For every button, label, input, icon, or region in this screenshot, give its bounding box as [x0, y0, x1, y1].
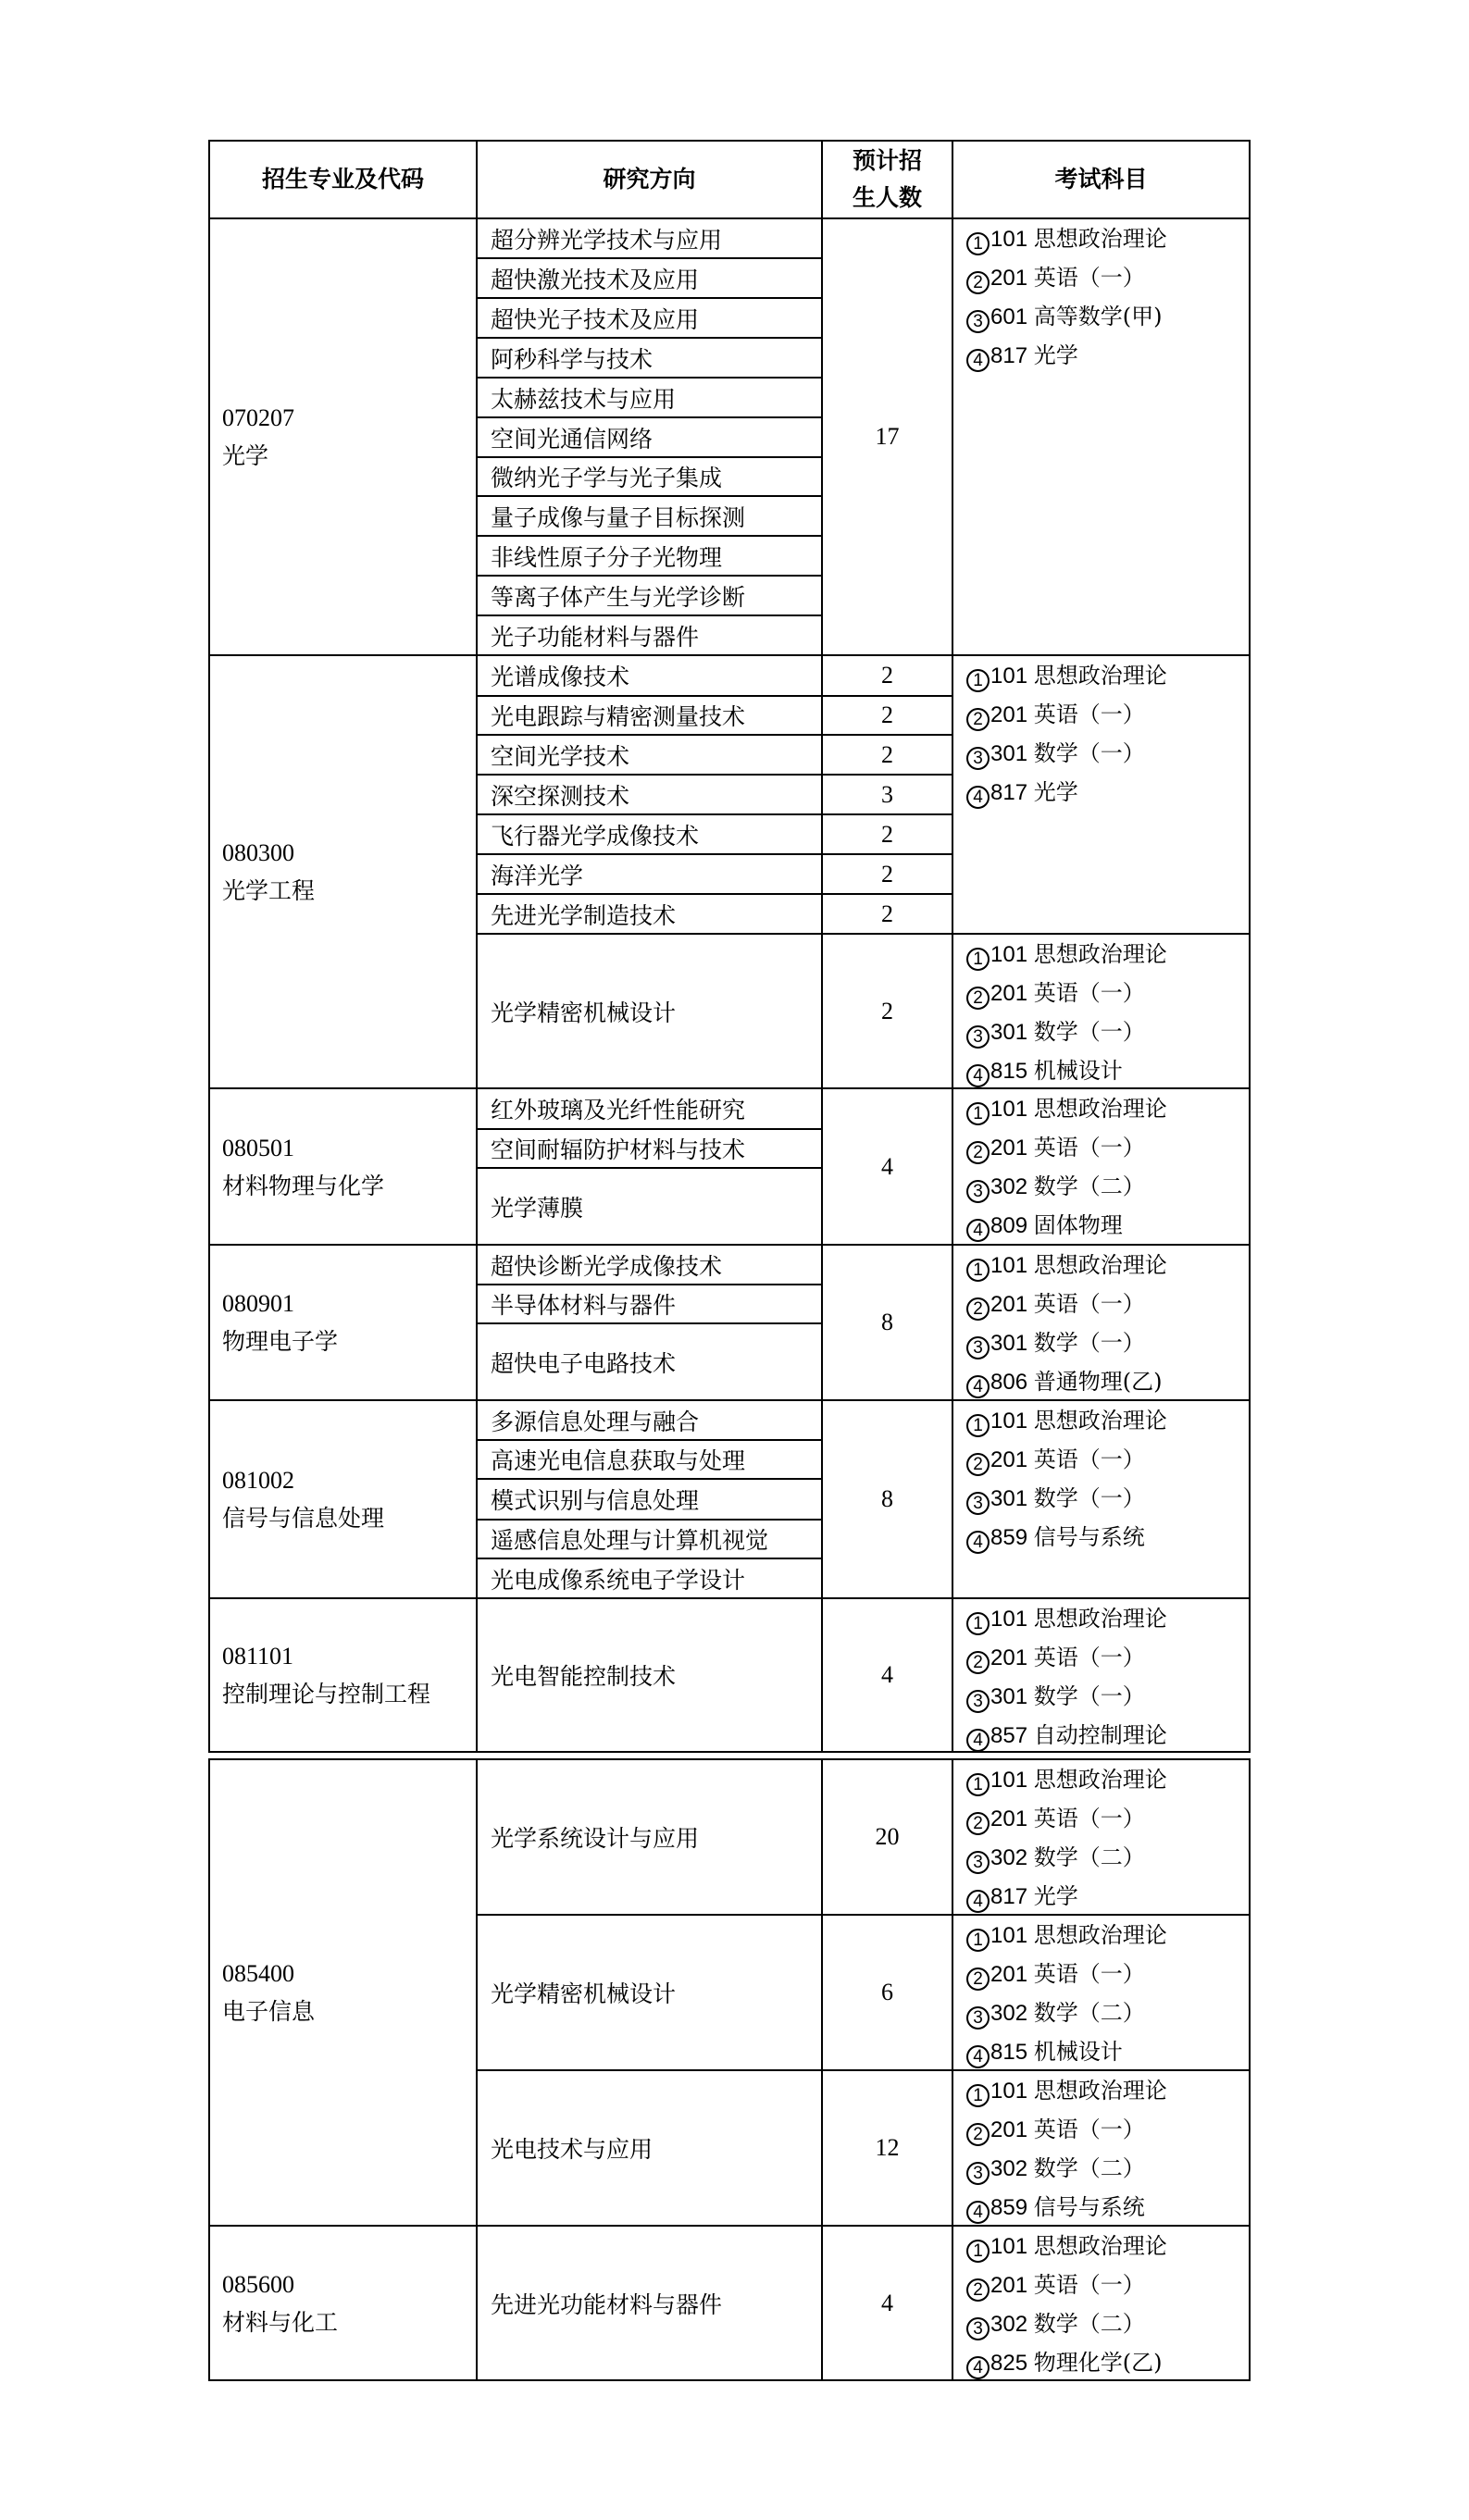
exam-subject: 4817 光学 [966, 336, 1249, 375]
research-direction-label: 光电技术与应用 [491, 2131, 653, 2165]
exam-subject: 2201 英语（一） [966, 1440, 1249, 1479]
enrollment-count-cell: 2 [821, 853, 953, 895]
circled-number-icon: 3 [966, 2162, 990, 2185]
exam-subject: 3301 数学（一） [966, 734, 1249, 773]
header-count-line2: 生人数 [853, 180, 922, 217]
circled-number-icon: 4 [966, 1219, 990, 1242]
circled-number-icon: 3 [966, 310, 990, 333]
exam-subject-code: 201 [990, 1136, 1034, 1161]
exam-subject: 4806 普通物理(乙) [966, 1362, 1249, 1401]
exam-subject-code: 101 [990, 1253, 1034, 1278]
research-direction-label: 光学精密机械设计 [491, 995, 676, 1028]
research-direction-cell: 超快光子技术及应用 [476, 297, 823, 339]
exam-subject-name: 思想政治理论 [1034, 941, 1167, 967]
research-direction-label: 光电成像系统电子学设计 [491, 1562, 745, 1595]
enrollment-count: 4 [881, 1153, 893, 1181]
major-cell: 070207光学 [208, 217, 478, 656]
exam-subject: 4859 信号与系统 [966, 1518, 1249, 1557]
exam-subject-name: 英语（一） [1034, 265, 1145, 291]
header-count: 预计招 生人数 [821, 140, 953, 219]
enrollment-count-cell: 4 [821, 1087, 953, 1246]
major-name: 物理电子学 [222, 1322, 476, 1360]
circled-number-icon: 2 [966, 1141, 990, 1164]
exam-subject: 2201 英语（一） [966, 258, 1249, 297]
exam-subject-name: 数学（一） [1034, 1485, 1145, 1511]
exam-subject: 2201 英语（一） [966, 1128, 1249, 1167]
research-direction-cell: 太赫兹技术与应用 [476, 377, 823, 418]
exam-subject-name: 数学（一） [1034, 1330, 1145, 1356]
header-direction: 研究方向 [476, 140, 823, 219]
enrollment-count: 20 [876, 1823, 900, 1851]
exam-subject: 4859 信号与系统 [966, 2188, 1249, 2227]
exam-subjects-cell: 1101 思想政治理论2201 英语（一）3302 数学（二）4815 机械设计 [952, 1914, 1251, 2071]
circled-number-icon: 4 [966, 1375, 990, 1398]
research-direction-label: 量子成像与量子目标探测 [491, 500, 745, 533]
exam-subject-code: 302 [990, 1174, 1034, 1199]
exam-subject-name: 高等数学(甲) [1034, 304, 1163, 329]
research-direction-cell: 海洋光学 [476, 853, 823, 895]
circled-number-icon: 2 [966, 271, 990, 294]
exam-subject-code: 301 [990, 1684, 1034, 1709]
exam-subject: 1101 思想政治理论 [966, 1246, 1249, 1285]
exam-subject-name: 英语（一） [1034, 1645, 1145, 1670]
exam-subject-name: 英语（一） [1034, 980, 1145, 1006]
exam-subject-name: 数学（一） [1034, 1019, 1145, 1045]
circled-number-icon: 3 [966, 1492, 990, 1515]
exam-subject-code: 201 [990, 981, 1034, 1006]
exam-subject-code: 817 [990, 780, 1034, 805]
circled-number-icon: 1 [966, 232, 990, 255]
research-direction-cell: 光子功能材料与器件 [476, 614, 823, 656]
circled-number-icon: 3 [966, 1180, 990, 1203]
exam-subject: 2201 英语（一） [966, 2266, 1249, 2304]
exam-subject-code: 201 [990, 2117, 1034, 2142]
exam-subject: 2201 英语（一） [966, 1799, 1249, 1838]
circled-number-icon: 4 [966, 2045, 990, 2068]
header-exam: 考试科目 [952, 140, 1251, 219]
exam-subject-name: 思想政治理论 [1034, 1408, 1167, 1434]
exam-subject-name: 机械设计 [1034, 1058, 1123, 1084]
exam-subject-code: 101 [990, 2079, 1034, 2104]
circled-number-icon: 1 [966, 669, 990, 692]
exam-subject-code: 101 [990, 942, 1034, 967]
exam-subject: 1101 思想政治理论 [966, 219, 1249, 258]
exam-subject: 4809 固体物理 [966, 1206, 1249, 1245]
research-direction-cell: 光电技术与应用 [476, 2069, 823, 2227]
exam-subject: 1101 思想政治理论 [966, 2227, 1249, 2266]
exam-subject-code: 809 [990, 1213, 1034, 1238]
major-cell: 081101控制理论与控制工程 [208, 1597, 478, 1753]
major-code: 085600 [222, 2266, 476, 2303]
exam-subject: 1101 思想政治理论 [966, 1089, 1249, 1128]
major-code: 080501 [222, 1129, 476, 1167]
research-direction-label: 超快光子技术及应用 [491, 302, 699, 335]
exam-subject-code: 201 [990, 1962, 1034, 1987]
circled-number-icon: 4 [966, 1064, 990, 1087]
exam-subject-name: 英语（一） [1034, 701, 1145, 727]
exam-subject: 2201 英语（一） [966, 1638, 1249, 1677]
circled-number-icon: 3 [966, 1336, 990, 1359]
exam-subject-code: 101 [990, 1607, 1034, 1632]
circled-number-icon: 1 [966, 1929, 990, 1952]
exam-subject-code: 201 [990, 1806, 1034, 1831]
exam-subjects-cell: 1101 思想政治理论2201 英语（一）3301 数学（一）4806 普通物理… [952, 1244, 1251, 1401]
circled-number-icon: 2 [966, 2278, 990, 2302]
exam-subject-name: 光学 [1034, 1883, 1078, 1909]
enrollment-count-cell: 20 [821, 1758, 953, 1916]
enrollment-count-cell: 2 [821, 933, 953, 1089]
research-direction-cell: 空间光学技术 [476, 734, 823, 776]
major-code: 081101 [222, 1637, 476, 1675]
circled-number-icon: 2 [966, 1297, 990, 1321]
exam-subject: 2201 英语（一） [966, 2110, 1249, 2149]
exam-subjects-cell: 1101 思想政治理论2201 英语（一）3302 数学（二）4859 信号与系… [952, 2069, 1251, 2227]
research-direction-label: 遥感信息处理与计算机视觉 [491, 1522, 768, 1556]
circled-number-icon: 3 [966, 2006, 990, 2030]
exam-subject: 2201 英语（一） [966, 974, 1249, 1012]
exam-subject: 3302 数学（二） [966, 2149, 1249, 2188]
exam-subject: 2201 英语（一） [966, 695, 1249, 734]
circled-number-icon: 4 [966, 786, 990, 809]
exam-subjects-cell: 1101 思想政治理论2201 英语（一）3302 数学（二）4817 光学 [952, 1758, 1251, 1916]
exam-subject-code: 815 [990, 2040, 1034, 2065]
exam-subject-name: 信号与系统 [1034, 2194, 1145, 2220]
enrollment-count: 2 [881, 861, 893, 888]
exam-subject-name: 数学（二） [1034, 2155, 1145, 2181]
exam-subject: 2201 英语（一） [966, 1955, 1249, 1993]
enrollment-count-cell: 2 [821, 893, 953, 935]
circled-number-icon: 1 [966, 1773, 990, 1796]
research-direction-cell: 光电成像系统电子学设计 [476, 1558, 823, 1599]
research-direction-label: 等离子体产生与光学诊断 [491, 579, 745, 613]
exam-subject-name: 英语（一） [1034, 1961, 1145, 1987]
exam-subject-name: 思想政治理论 [1034, 1096, 1167, 1122]
exam-subject-name: 信号与系统 [1034, 1524, 1145, 1550]
research-direction-cell: 空间耐辐防护材料与技术 [476, 1128, 823, 1169]
circled-number-icon: 1 [966, 948, 990, 971]
exam-subject-code: 817 [990, 1884, 1034, 1909]
exam-subject-name: 光学 [1034, 342, 1078, 368]
major-name: 光学工程 [222, 872, 476, 910]
enrollment-count: 2 [881, 821, 893, 849]
major-cell: 080901物理电子学 [208, 1244, 478, 1401]
research-direction-label: 超快诊断光学成像技术 [491, 1248, 722, 1282]
exam-subjects-cell: 1101 思想政治理论2201 英语（一）3601 高等数学(甲)4817 光学 [952, 217, 1251, 656]
circled-number-icon: 2 [966, 1651, 990, 1674]
research-direction-cell: 高速光电信息获取与处理 [476, 1439, 823, 1480]
research-direction-cell: 红外玻璃及光纤性能研究 [476, 1087, 823, 1130]
enrollment-count-cell: 8 [821, 1244, 953, 1401]
research-direction-label: 光电跟踪与精密测量技术 [491, 699, 745, 732]
exam-subject-code: 101 [990, 227, 1034, 252]
circled-number-icon: 3 [966, 2317, 990, 2340]
research-direction-cell: 量子成像与量子目标探测 [476, 495, 823, 537]
exam-subject-name: 思想政治理论 [1034, 226, 1167, 252]
research-direction-label: 模式识别与信息处理 [491, 1483, 699, 1516]
circled-number-icon: 2 [966, 708, 990, 731]
research-direction-label: 超快激光技术及应用 [491, 262, 699, 295]
research-direction-label: 先进光功能材料与器件 [491, 2287, 722, 2320]
research-direction-label: 先进光学制造技术 [491, 898, 676, 931]
exam-subject-code: 101 [990, 1097, 1034, 1122]
exam-subject-name: 英语（一） [1034, 1446, 1145, 1472]
research-direction-label: 光学薄膜 [491, 1190, 583, 1223]
circled-number-icon: 1 [966, 1612, 990, 1635]
exam-subject-code: 201 [990, 1447, 1034, 1472]
exam-subject: 2201 英语（一） [966, 1285, 1249, 1323]
exam-subject: 4817 光学 [966, 1877, 1249, 1916]
exam-subject-code: 857 [990, 1723, 1034, 1748]
circled-number-icon: 4 [966, 1890, 990, 1913]
major-code: 080901 [222, 1285, 476, 1322]
header-direction-label: 研究方向 [603, 161, 695, 198]
research-direction-cell: 光学薄膜 [476, 1167, 823, 1246]
research-direction-label: 飞行器光学成像技术 [491, 818, 699, 851]
major-name: 信号与信息处理 [222, 1499, 476, 1537]
exam-subject-name: 数学（二） [1034, 2000, 1145, 2026]
exam-subject: 4857 自动控制理论 [966, 1716, 1249, 1755]
circled-number-icon: 2 [966, 2123, 990, 2146]
exam-subject: 1101 思想政治理论 [966, 1916, 1249, 1955]
exam-subject-code: 101 [990, 1409, 1034, 1434]
exam-subject: 4815 机械设计 [966, 1051, 1249, 1090]
exam-subject-name: 普通物理(乙) [1034, 1369, 1163, 1395]
enrollment-count-cell: 12 [821, 2069, 953, 2227]
research-direction-cell: 超分辨光学技术与应用 [476, 217, 823, 259]
exam-subject: 3302 数学（二） [966, 1838, 1249, 1877]
enrollment-count-cell: 3 [821, 774, 953, 815]
exam-subject: 3301 数学（一） [966, 1479, 1249, 1518]
exam-subject-name: 英语（一） [1034, 1135, 1145, 1161]
enrollment-count-cell: 2 [821, 734, 953, 776]
exam-subject-code: 859 [990, 1525, 1034, 1550]
major-cell: 080300光学工程 [208, 654, 478, 1089]
exam-subject-name: 思想政治理论 [1034, 1767, 1167, 1793]
exam-subject-code: 101 [990, 664, 1034, 689]
exam-subject-code: 825 [990, 2351, 1034, 2376]
exam-subject-name: 英语（一） [1034, 2117, 1145, 2142]
research-direction-cell: 深空探测技术 [476, 774, 823, 815]
header-count-line1: 预计招 [853, 143, 922, 180]
exam-subject-code: 201 [990, 702, 1034, 727]
exam-subject-name: 思想政治理论 [1034, 663, 1167, 689]
exam-subject-code: 101 [990, 1768, 1034, 1793]
enrollment-count-cell: 2 [821, 654, 953, 697]
enrollment-count: 4 [881, 2290, 893, 2317]
exam-subject-code: 302 [990, 2001, 1034, 2026]
circled-number-icon: 4 [966, 2201, 990, 2224]
enrollment-count-cell: 6 [821, 1914, 953, 2071]
major-cell: 085400电子信息 [208, 1758, 478, 2227]
research-direction-label: 光子功能材料与器件 [491, 619, 699, 652]
circled-number-icon: 3 [966, 747, 990, 770]
circled-number-icon: 4 [966, 1729, 990, 1752]
circled-number-icon: 4 [966, 2356, 990, 2379]
exam-subject-name: 思想政治理论 [1034, 2078, 1167, 2104]
exam-subject: 1101 思想政治理论 [966, 2071, 1249, 2110]
exam-subject: 1101 思想政治理论 [966, 1599, 1249, 1638]
exam-subject-code: 859 [990, 2195, 1034, 2220]
research-direction-label: 微纳光子学与光子集成 [491, 460, 722, 493]
exam-subject: 4825 物理化学(乙) [966, 2343, 1249, 2382]
exam-subject-code: 201 [990, 266, 1034, 291]
enrollment-count: 3 [881, 781, 893, 809]
exam-subject-name: 思想政治理论 [1034, 1606, 1167, 1632]
enrollment-count: 4 [881, 1661, 893, 1689]
research-direction-cell: 先进光功能材料与器件 [476, 2225, 823, 2381]
research-direction-label: 深空探测技术 [491, 778, 629, 812]
research-direction-label: 光谱成像技术 [491, 659, 629, 692]
enrollment-count: 2 [881, 701, 893, 729]
research-direction-cell: 等离子体产生与光学诊断 [476, 575, 823, 616]
exam-subject-name: 固体物理 [1034, 1212, 1123, 1238]
circled-number-icon: 1 [966, 2240, 990, 2263]
exam-subject: 3301 数学（一） [966, 1323, 1249, 1362]
research-direction-label: 光电智能控制技术 [491, 1658, 676, 1692]
major-code: 080300 [222, 834, 476, 872]
major-code: 085400 [222, 1955, 476, 1992]
circled-number-icon: 2 [966, 987, 990, 1010]
exam-subject-code: 301 [990, 741, 1034, 766]
exam-subject-code: 101 [990, 1923, 1034, 1948]
exam-subjects-cell: 1101 思想政治理论2201 英语（一）3301 数学（一）4859 信号与系… [952, 1399, 1251, 1599]
major-cell: 085600材料与化工 [208, 2225, 478, 2381]
research-direction-cell: 光电智能控制技术 [476, 1597, 823, 1753]
exam-subject-name: 数学（一） [1034, 740, 1145, 766]
exam-subject-name: 光学 [1034, 779, 1078, 805]
exam-subject-code: 302 [990, 2312, 1034, 2337]
enrollment-count: 2 [881, 900, 893, 928]
circled-number-icon: 4 [966, 349, 990, 372]
enrollment-count: 8 [881, 1485, 893, 1513]
enrollment-count: 2 [881, 662, 893, 689]
exam-subject-name: 思想政治理论 [1034, 1252, 1167, 1278]
exam-subject: 1101 思想政治理论 [966, 935, 1249, 974]
major-name: 材料与化工 [222, 2303, 476, 2341]
exam-subject-code: 201 [990, 2273, 1034, 2298]
research-direction-label: 光学系统设计与应用 [491, 1820, 699, 1854]
major-name: 控制理论与控制工程 [222, 1675, 476, 1713]
exam-subject-code: 301 [990, 1331, 1034, 1356]
exam-subject-name: 数学（一） [1034, 1683, 1145, 1709]
enrollment-count-cell: 8 [821, 1399, 953, 1599]
exam-subject: 1101 思想政治理论 [966, 656, 1249, 695]
research-direction-cell: 微纳光子学与光子集成 [476, 456, 823, 497]
circled-number-icon: 2 [966, 1453, 990, 1476]
circled-number-icon: 3 [966, 1851, 990, 1874]
circled-number-icon: 1 [966, 1414, 990, 1437]
major-code: 081002 [222, 1461, 476, 1499]
exam-subject-name: 思想政治理论 [1034, 2233, 1167, 2259]
research-direction-label: 多源信息处理与融合 [491, 1404, 699, 1437]
exam-subject-name: 英语（一） [1034, 1291, 1145, 1317]
exam-subject: 4815 机械设计 [966, 2032, 1249, 2071]
exam-subject: 3302 数学（二） [966, 1993, 1249, 2032]
exam-subject-name: 机械设计 [1034, 2039, 1123, 2065]
research-direction-cell: 空间光通信网络 [476, 416, 823, 458]
circled-number-icon: 2 [966, 1968, 990, 1991]
exam-subject: 3302 数学（二） [966, 2304, 1249, 2343]
exam-subject-name: 自动控制理论 [1034, 1722, 1167, 1748]
exam-subject: 1101 思想政治理论 [966, 1401, 1249, 1440]
exam-subject-name: 英语（一） [1034, 2272, 1145, 2298]
exam-subjects-cell: 1101 思想政治理论2201 英语（一）3301 数学（一）4857 自动控制… [952, 1597, 1251, 1753]
exam-subject-code: 302 [990, 2156, 1034, 2181]
research-direction-label: 红外玻璃及光纤性能研究 [491, 1092, 745, 1125]
major-name: 材料物理与化学 [222, 1167, 476, 1205]
enrollment-count-cell: 17 [821, 217, 953, 656]
research-direction-label: 光学精密机械设计 [491, 1976, 676, 2009]
research-direction-cell: 超快电子电路技术 [476, 1322, 823, 1401]
research-direction-label: 半导体材料与器件 [491, 1287, 676, 1321]
research-direction-cell: 非线性原子分子光物理 [476, 535, 823, 577]
exam-subject: 1101 思想政治理论 [966, 1760, 1249, 1799]
header-major-label: 招生专业及代码 [262, 161, 424, 198]
exam-subject-name: 英语（一） [1034, 1806, 1145, 1831]
major-cell: 081002信号与信息处理 [208, 1399, 478, 1599]
research-direction-label: 非线性原子分子光物理 [491, 540, 722, 573]
research-direction-cell: 模式识别与信息处理 [476, 1478, 823, 1521]
research-direction-label: 太赫兹技术与应用 [491, 381, 676, 415]
research-direction-label: 空间光通信网络 [491, 421, 653, 454]
enrollment-count: 17 [876, 423, 900, 451]
exam-subject: 3301 数学（一） [966, 1012, 1249, 1051]
exam-subject-name: 数学（二） [1034, 1844, 1145, 1870]
research-direction-cell: 光电跟踪与精密测量技术 [476, 695, 823, 736]
major-name: 光学 [222, 437, 476, 475]
exam-subjects-cell: 1101 思想政治理论2201 英语（一）3301 数学（一）4815 机械设计 [952, 933, 1251, 1089]
research-direction-cell: 超快诊断光学成像技术 [476, 1244, 823, 1285]
research-direction-cell: 多源信息处理与融合 [476, 1399, 823, 1441]
exam-subject-code: 301 [990, 1020, 1034, 1045]
research-direction-label: 阿秒科学与技术 [491, 341, 653, 375]
research-direction-label: 高速光电信息获取与处理 [491, 1443, 745, 1476]
research-direction-cell: 光学精密机械设计 [476, 1914, 823, 2071]
exam-subject: 3601 高等数学(甲) [966, 297, 1249, 336]
circled-number-icon: 1 [966, 1259, 990, 1282]
exam-subjects-cell: 1101 思想政治理论2201 英语（一）3302 数学（二）4809 固体物理 [952, 1087, 1251, 1246]
header-major: 招生专业及代码 [208, 140, 478, 219]
exam-subject-name: 物理化学(乙) [1034, 2350, 1163, 2376]
exam-subjects-cell: 1101 思想政治理论2201 英语（一）3301 数学（一）4817 光学 [952, 654, 1251, 935]
enrollment-count-cell: 2 [821, 695, 953, 736]
exam-subject-code: 601 [990, 304, 1034, 329]
major-cell: 080501材料物理与化学 [208, 1087, 478, 1246]
exam-subject-name: 思想政治理论 [1034, 1922, 1167, 1948]
research-direction-label: 超快电子电路技术 [491, 1346, 676, 1379]
enrollment-count: 8 [881, 1309, 893, 1336]
exam-subject-code: 201 [990, 1292, 1034, 1317]
research-direction-cell: 超快激光技术及应用 [476, 257, 823, 299]
exam-subject: 4817 光学 [966, 773, 1249, 812]
exam-subjects-cell: 1101 思想政治理论2201 英语（一）3302 数学（二）4825 物理化学… [952, 2225, 1251, 2381]
research-direction-cell: 光学系统设计与应用 [476, 1758, 823, 1916]
research-direction-label: 空间耐辐防护材料与技术 [491, 1132, 745, 1165]
enrollment-count-cell: 2 [821, 813, 953, 855]
enrollment-count: 6 [881, 1979, 893, 2006]
exam-subject-name: 数学（二） [1034, 1173, 1145, 1199]
circled-number-icon: 1 [966, 1102, 990, 1125]
circled-number-icon: 4 [966, 1531, 990, 1554]
research-direction-cell: 光谱成像技术 [476, 654, 823, 697]
research-direction-cell: 先进光学制造技术 [476, 893, 823, 935]
exam-subject-code: 301 [990, 1486, 1034, 1511]
exam-subject-code: 101 [990, 2234, 1034, 2259]
research-direction-label: 海洋光学 [491, 858, 583, 891]
research-direction-cell: 阿秒科学与技术 [476, 337, 823, 379]
exam-subject-name: 数学（二） [1034, 2311, 1145, 2337]
research-direction-cell: 遥感信息处理与计算机视觉 [476, 1519, 823, 1559]
